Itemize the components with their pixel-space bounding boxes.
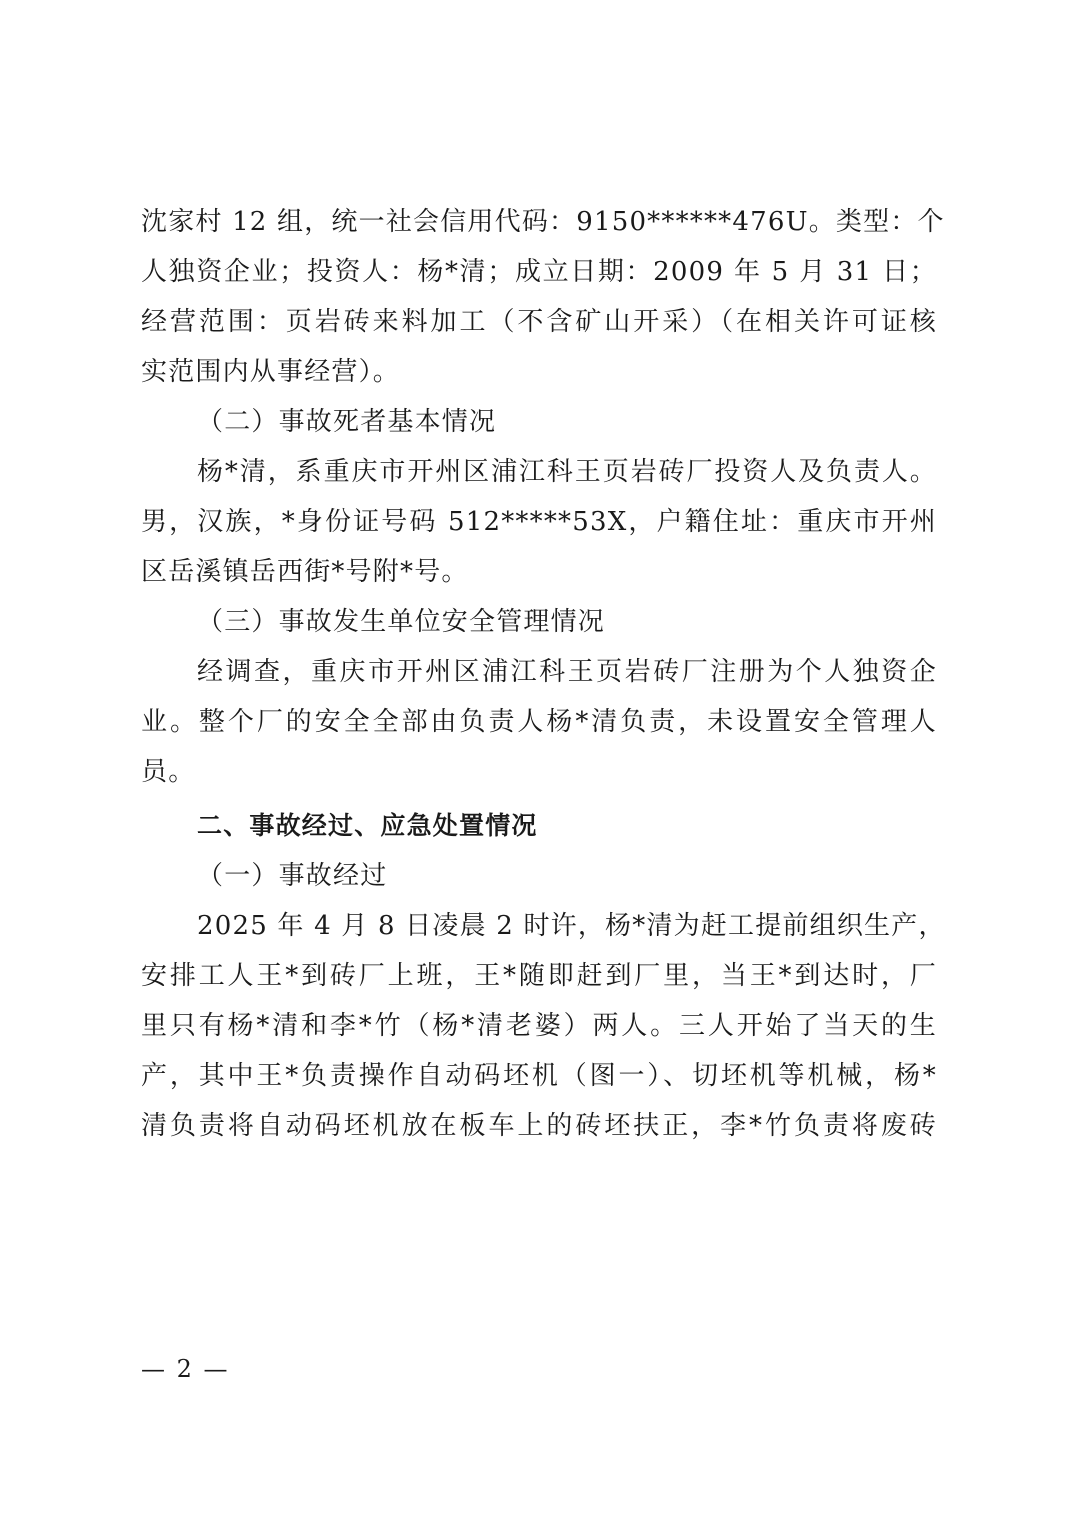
body-text-line: 安排工人王*到砖厂上班，王*随即赶到厂里，当王*到达时，厂 [141,958,937,994]
body-text-line: 实范围内从事经营）。 [141,354,937,390]
body-text-line: 业。整个厂的安全全部由负责人杨*清负责，未设置安全管理人 [141,704,937,740]
body-text-line: 里只有杨*清和李*竹（杨*清老婆）两人。三人开始了当天的生 [141,1008,937,1044]
subheading-accident-details: （一）事故经过 [197,858,937,894]
body-text-line: 沈家村 12 组，统一社会信用代码：9150******476U。类型：个 [141,204,937,240]
page-number: — 2 — [141,1354,230,1384]
body-text-line: 区岳溪镇岳西街*号附*号。 [141,554,937,590]
section-heading-accident-process: 二、事故经过、应急处置情况 [197,808,937,844]
body-text-line: 经调查，重庆市开州区浦江科王页岩砖厂注册为个人独资企 [197,654,937,690]
body-text-line: 杨*清，系重庆市开州区浦江科王页岩砖厂投资人及负责人。 [197,454,937,490]
subheading-safety-management: （三）事故发生单位安全管理情况 [197,604,937,640]
body-text-line: 清负责将自动码坯机放在板车上的砖坯扶正，李*竹负责将废砖 [141,1108,937,1144]
body-text-line: 人独资企业；投资人：杨*清；成立日期：2009 年 5 月 31 日； [141,254,937,290]
body-text-line: 产，其中王*负责操作自动码坯机（图一）、切坯机等机械，杨* [141,1058,937,1094]
body-text-line: 男，汉族，*身份证号码 512*****53X，户籍住址：重庆市开州 [141,504,937,540]
body-text-line: 2025 年 4 月 8 日凌晨 2 时许，杨*清为赶工提前组织生产， [197,908,937,944]
subheading-deceased-info: （二）事故死者基本情况 [197,404,937,440]
body-text-line: 经营范围：页岩砖来料加工（不含矿山开采）（在相关许可证核 [141,304,937,340]
body-text-line: 员。 [141,754,937,790]
